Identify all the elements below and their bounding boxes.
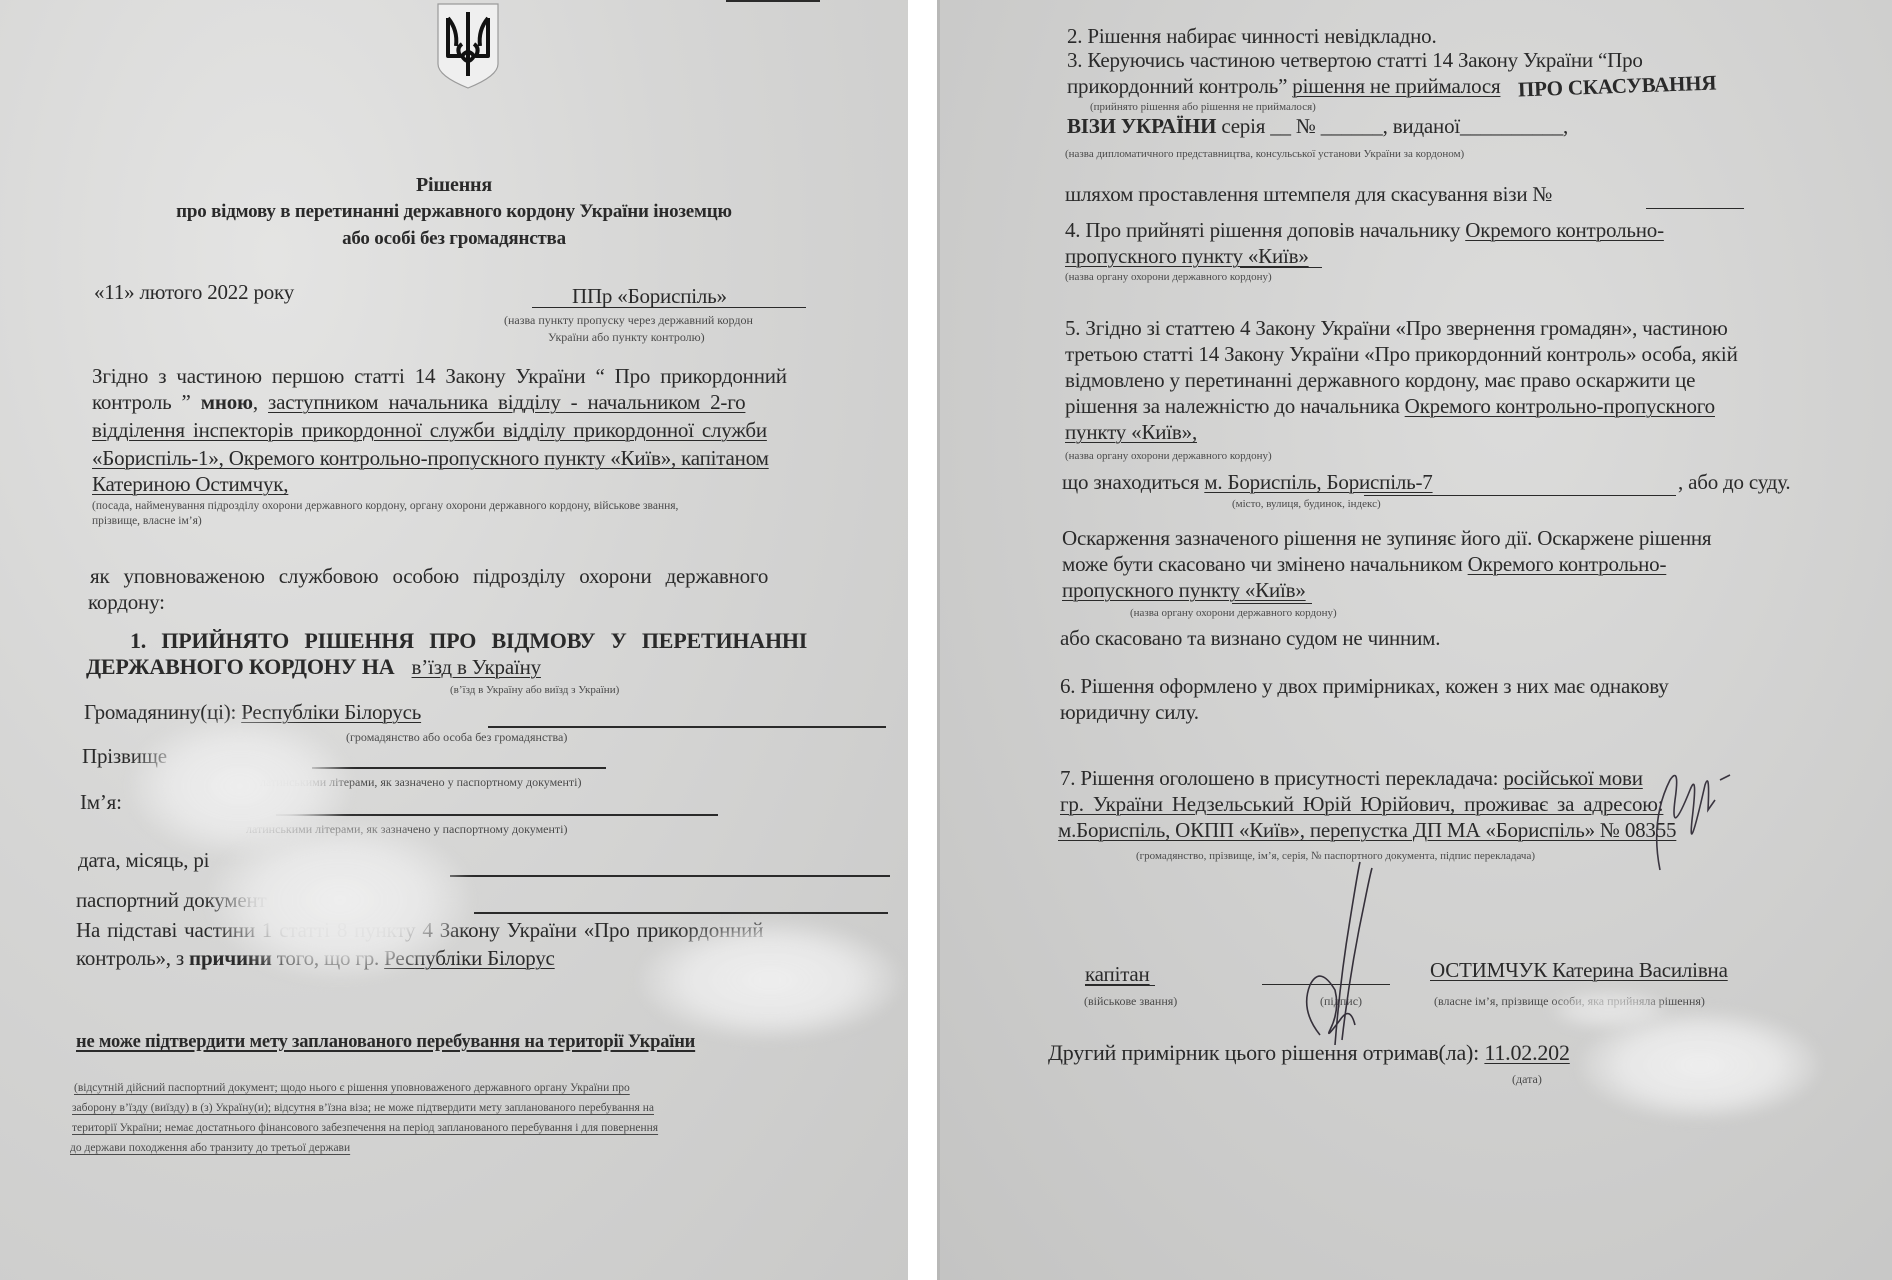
- reason-option-line-1: (відсутній дійсний паспортний документ; …: [74, 1082, 630, 1094]
- point5-location: що знаходиться м. Бориспіль, Бориспіль-7: [1062, 470, 1433, 495]
- intro-comma: ,: [253, 390, 258, 414]
- appeal-text: може бути скасовано чи змінено начальник…: [1062, 552, 1463, 576]
- point3-line-1: 3. Керуючись частиною четвертою статті 1…: [1067, 48, 1643, 73]
- appeal-caption: (назва органу охорони державного кордону…: [1130, 607, 1337, 619]
- point6-line-2: юридичну силу.: [1060, 700, 1199, 725]
- receipt-label: Другий примірник цього рішення отримав(л…: [1048, 1040, 1479, 1065]
- document-subtitle-2: або особі без громадянства: [0, 228, 908, 250]
- intro-line-4: «Бориспіль-1», Окремого контрольно-пропу…: [92, 446, 769, 471]
- point5-caption: (назва органу охорони державного кордону…: [1065, 450, 1272, 462]
- point7-line-1: 7. Рішення оголошено в присутності перек…: [1060, 766, 1643, 791]
- officer-name: ОСТИМЧУК Катерина Василівна: [1430, 958, 1728, 983]
- rank-caption: (військове звання): [1084, 994, 1177, 1009]
- document-page-left: Рішення про відмову в перетинанні держав…: [0, 0, 908, 1280]
- refusal-reason: не може підтвердити мету запланованого п…: [76, 1032, 695, 1053]
- top-right-rule: [726, 0, 820, 2]
- point5-line-2: третьою статті 14 Закону України «Про пр…: [1065, 342, 1738, 367]
- point4-rule: [1240, 267, 1322, 268]
- visa-number-rule: [1646, 208, 1744, 209]
- citizenship-rule: [488, 726, 886, 728]
- authority-line-1: як уповноваженою службовою особою підроз…: [90, 564, 768, 589]
- direction-caption: (в’їзд в Україну або виїзд з України): [450, 684, 619, 696]
- document-date: «11» лютого 2022 року: [94, 280, 294, 305]
- intro-line-2: контроль ” мною, заступником начальника …: [92, 390, 745, 415]
- point5-text: рішення за належністю до начальника: [1065, 394, 1400, 418]
- authority-line-2: кордону:: [88, 590, 165, 615]
- point3-line-4: шляхом проставлення штемпеля для скасува…: [1065, 182, 1552, 207]
- officer-signature: [1280, 860, 1400, 1050]
- intro-bold: мною: [201, 390, 253, 414]
- point1-line-2: ДЕРЖАВНОГО КОРДОНУ НА в’їзд в Україну: [86, 654, 541, 680]
- checkpoint-name: ППр «Бориспіль»: [572, 284, 727, 309]
- name-rule: [276, 814, 718, 816]
- point2: 2. Рішення набирає чинності невідкладно.: [1067, 24, 1437, 49]
- name-label: Ім’я:: [80, 790, 122, 815]
- rank-rule: [1085, 985, 1155, 986]
- checkpoint-rule: [532, 307, 806, 308]
- location-value: м. Бориспіль, Бориспіль-7: [1204, 470, 1432, 494]
- receipt-caption: (дата): [1512, 1072, 1542, 1087]
- receipt-date: 11.02.202: [1484, 1040, 1569, 1065]
- appeal-line-3: пропускного пункту «Київ»: [1062, 578, 1306, 603]
- visa-decision: рішення не приймалося: [1292, 74, 1500, 98]
- point5-line-5: пункту «Київ»,: [1065, 420, 1197, 445]
- trident-coat-of-arms-icon: [434, 2, 502, 90]
- point4-line-1: 4. Про прийняті рішення доповів начальни…: [1065, 218, 1664, 243]
- surname-rule: [312, 767, 606, 769]
- intro-line-3: відділення інспекторів прикордонної служ…: [92, 418, 767, 443]
- point5-line-4: рішення за належністю до начальника Окре…: [1065, 394, 1715, 419]
- dob-rule: [450, 875, 890, 877]
- privacy-blur: [640, 920, 900, 1040]
- officer-rank: капітан: [1085, 962, 1150, 987]
- reason-option-line-4: до держави походження або транзиту до тр…: [70, 1142, 350, 1154]
- location-suffix: , або до суду.: [1678, 470, 1790, 495]
- appeal-line-4: або скасовано та визнано судом не чинним…: [1060, 626, 1440, 651]
- intro-text: контроль ”: [92, 390, 191, 414]
- officer-position: заступником начальника відділу - начальн…: [268, 390, 745, 414]
- document-page-right: 2. Рішення набирає чинності невідкладно.…: [937, 0, 1892, 1280]
- interpreter-signature: [1620, 760, 1740, 880]
- visa-cancel-heading: ПРО СКАСУВАННЯ: [1517, 71, 1716, 103]
- point4-text: 4. Про прийняті рішення доповів начальни…: [1065, 218, 1460, 242]
- visa-heading: ВІЗИ УКРАЇНИ: [1067, 114, 1216, 138]
- visa-fields: серія __ № ______, виданої__________,: [1221, 114, 1568, 138]
- basis-text: контроль», з: [76, 946, 184, 970]
- checkpoint-caption-2: України або пункту контролю): [548, 330, 705, 345]
- checkpoint-caption-1: (назва пункту пропуску через державний к…: [504, 313, 753, 328]
- point3-line-2: прикордонний контроль” рішення не прийма…: [1067, 74, 1716, 99]
- citizenship-caption: (громадянство або особа без громадянства…: [346, 730, 567, 745]
- appeal-line-2: може бути скасовано чи змінено начальник…: [1062, 552, 1666, 577]
- reason-option-line-2: заборону в’їзду (виїзду) в (з) Україну(и…: [72, 1102, 654, 1114]
- intro-caption-1: (посада, найменування підрозділу охорони…: [92, 500, 678, 512]
- dob-label: дата, місяць, рі: [78, 848, 209, 873]
- document-subtitle-1: про відмову в перетинанні державного кор…: [0, 201, 908, 223]
- appeal-authority: Окремого контрольно-: [1468, 552, 1667, 576]
- point4-caption: (назва органу охорони державного кордону…: [1065, 271, 1272, 283]
- point1-line-1: 1. ПРИЙНЯТО РІШЕННЯ ПРО ВІДМОВУ У ПЕРЕТИ…: [130, 628, 807, 654]
- point7-text: 7. Рішення оголошено в присутності перек…: [1060, 766, 1498, 790]
- point5-authority: Окремого контрольно-пропускного: [1405, 394, 1715, 418]
- point3-caption: (прийнято рішення або рішення не приймал…: [1090, 101, 1316, 113]
- point5-line-3: відмовлено у перетинанні державного корд…: [1065, 368, 1695, 393]
- crossing-direction: в’їзд в Україну: [412, 655, 541, 679]
- privacy-blur: [1550, 990, 1670, 1030]
- appeal-line-1: Оскарження зазначеного рішення не зупиня…: [1062, 526, 1711, 551]
- appeal-rule: [1232, 603, 1312, 604]
- point3-line-3: ВІЗИ УКРАЇНИ серія __ № ______, виданої_…: [1067, 114, 1568, 139]
- receipt-row: Другий примірник цього рішення отримав(л…: [1048, 1040, 1570, 1066]
- reason-option-line-3: території України; немає достатнього фін…: [72, 1122, 658, 1134]
- intro-caption-2: прізвище, власне ім’я): [92, 515, 202, 527]
- privacy-blur: [210, 820, 470, 980]
- point7-line-3: м.Бориспіль, ОКПП «Київ», перепустка ДП …: [1058, 818, 1676, 843]
- point4-line-2: пропускного пункту «Київ»: [1065, 244, 1309, 269]
- point3-caption-2: (назва дипломатичного представництва, ко…: [1065, 148, 1464, 160]
- point5-line-1: 5. Згідно зі статтею 4 Закону України «П…: [1065, 316, 1728, 341]
- intro-line-1: Згідно з частиною першою статті 14 Закон…: [92, 364, 787, 389]
- point3-text: прикордонний контроль”: [1067, 74, 1287, 98]
- location-label: що знаходиться: [1062, 470, 1199, 494]
- passport-rule: [474, 912, 888, 914]
- location-caption: (місто, вулиця, будинок, індекс): [1232, 498, 1381, 510]
- intro-line-5: Катериною Остимчук,: [92, 472, 288, 497]
- document-title: Рішення: [0, 174, 908, 197]
- point1-heading: ДЕРЖАВНОГО КОРДОНУ НА: [86, 654, 394, 679]
- point7-line-2: гр. України Недзельський Юрій Юрійович, …: [1060, 792, 1663, 817]
- point4-authority: Окремого контрольно-: [1465, 218, 1664, 242]
- location-rule: [1364, 495, 1676, 496]
- point6-line-1: 6. Рішення оформлено у двох примірниках,…: [1060, 674, 1669, 699]
